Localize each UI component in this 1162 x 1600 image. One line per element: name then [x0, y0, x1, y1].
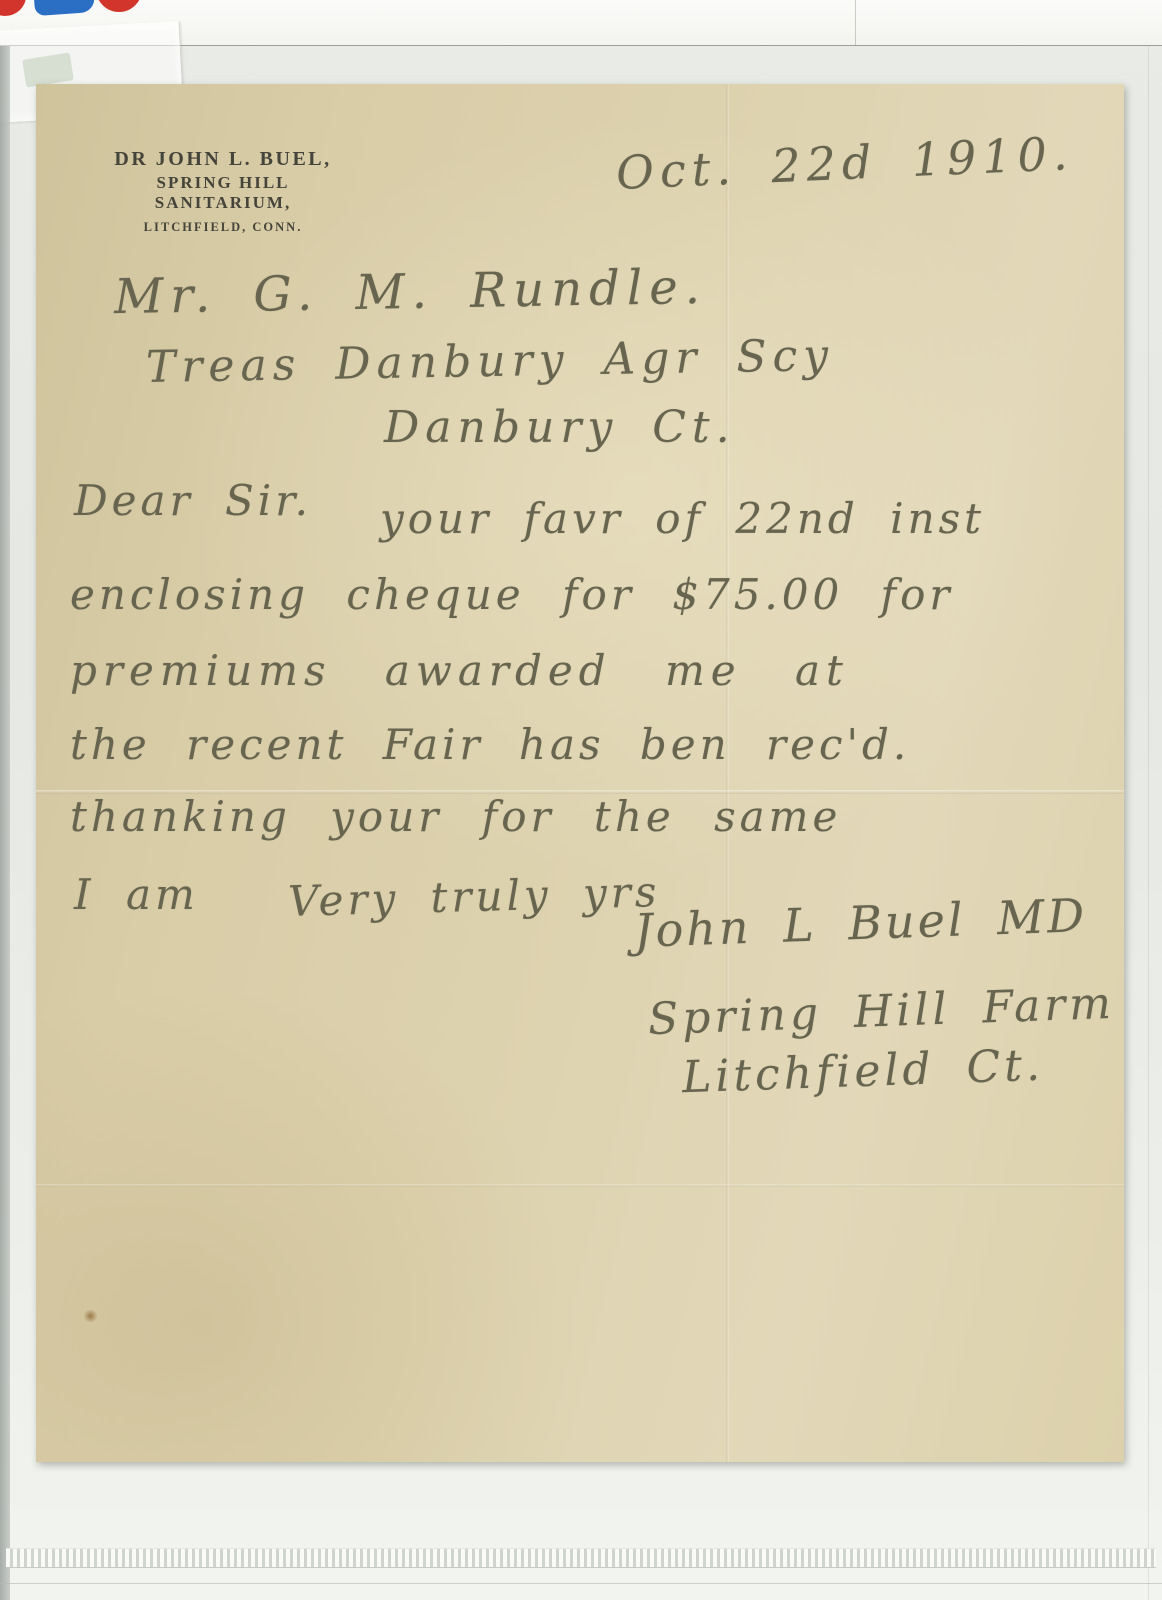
recipient-name: Mr. G. M. Rundle.	[114, 259, 708, 325]
recipient-city: Danbury Ct.	[384, 402, 736, 453]
signature-city: Litchfield Ct.	[681, 1040, 1044, 1104]
fold-crease-vertical	[726, 84, 729, 1462]
recipient-title: Treas Danbury Agr Scy	[146, 330, 835, 393]
sleeve-left-edge	[0, 46, 10, 1600]
letterhead-name: DR JOHN L. BUEL,	[92, 148, 354, 171]
logo-fragment-blue-icon	[33, 0, 95, 16]
date-line: Oct. 22d 1910.	[615, 126, 1074, 200]
sleeve-seam-line	[855, 0, 856, 46]
logo-fragment-red-left-icon	[0, 0, 26, 16]
sleeve-bottom-line	[0, 1583, 1162, 1584]
scanned-letter-photo: DR JOHN L. BUEL, SPRING HILL SANITARIUM,…	[0, 0, 1162, 1600]
body-line-2: enclosing cheque for $75.00 for	[70, 570, 953, 619]
signature-name: John L Buel MD	[633, 888, 1088, 958]
sleeve-right-seam	[1148, 46, 1149, 1600]
signature-farm: Spring Hill Farm	[647, 978, 1116, 1045]
body-line-4: the recent Fair has ben rec'd.	[70, 720, 910, 769]
closing-line: Very truly yrs	[287, 867, 661, 926]
body-line-3: premiums awarded me at	[70, 646, 849, 695]
fold-crease-horizontal-lower	[36, 1184, 1124, 1187]
body-line-5: thanking your for the same	[70, 792, 841, 841]
logo-fragment-red-right-icon	[96, 0, 142, 12]
body-line-i-am: I am	[74, 870, 199, 919]
body-line-1: your favr of 22nd inst	[380, 494, 985, 543]
paper-stain	[84, 1310, 97, 1322]
letter-paper: DR JOHN L. BUEL, SPRING HILL SANITARIUM,…	[36, 84, 1124, 1462]
letterhead: DR JOHN L. BUEL, SPRING HILL SANITARIUM,…	[92, 148, 354, 235]
letterhead-institution: SPRING HILL SANITARIUM,	[92, 173, 354, 213]
greeting: Dear Sir.	[74, 476, 312, 525]
letterhead-location: LITCHFIELD, CONN.	[92, 220, 354, 235]
sleeve-zipper-seam	[6, 1548, 1156, 1568]
